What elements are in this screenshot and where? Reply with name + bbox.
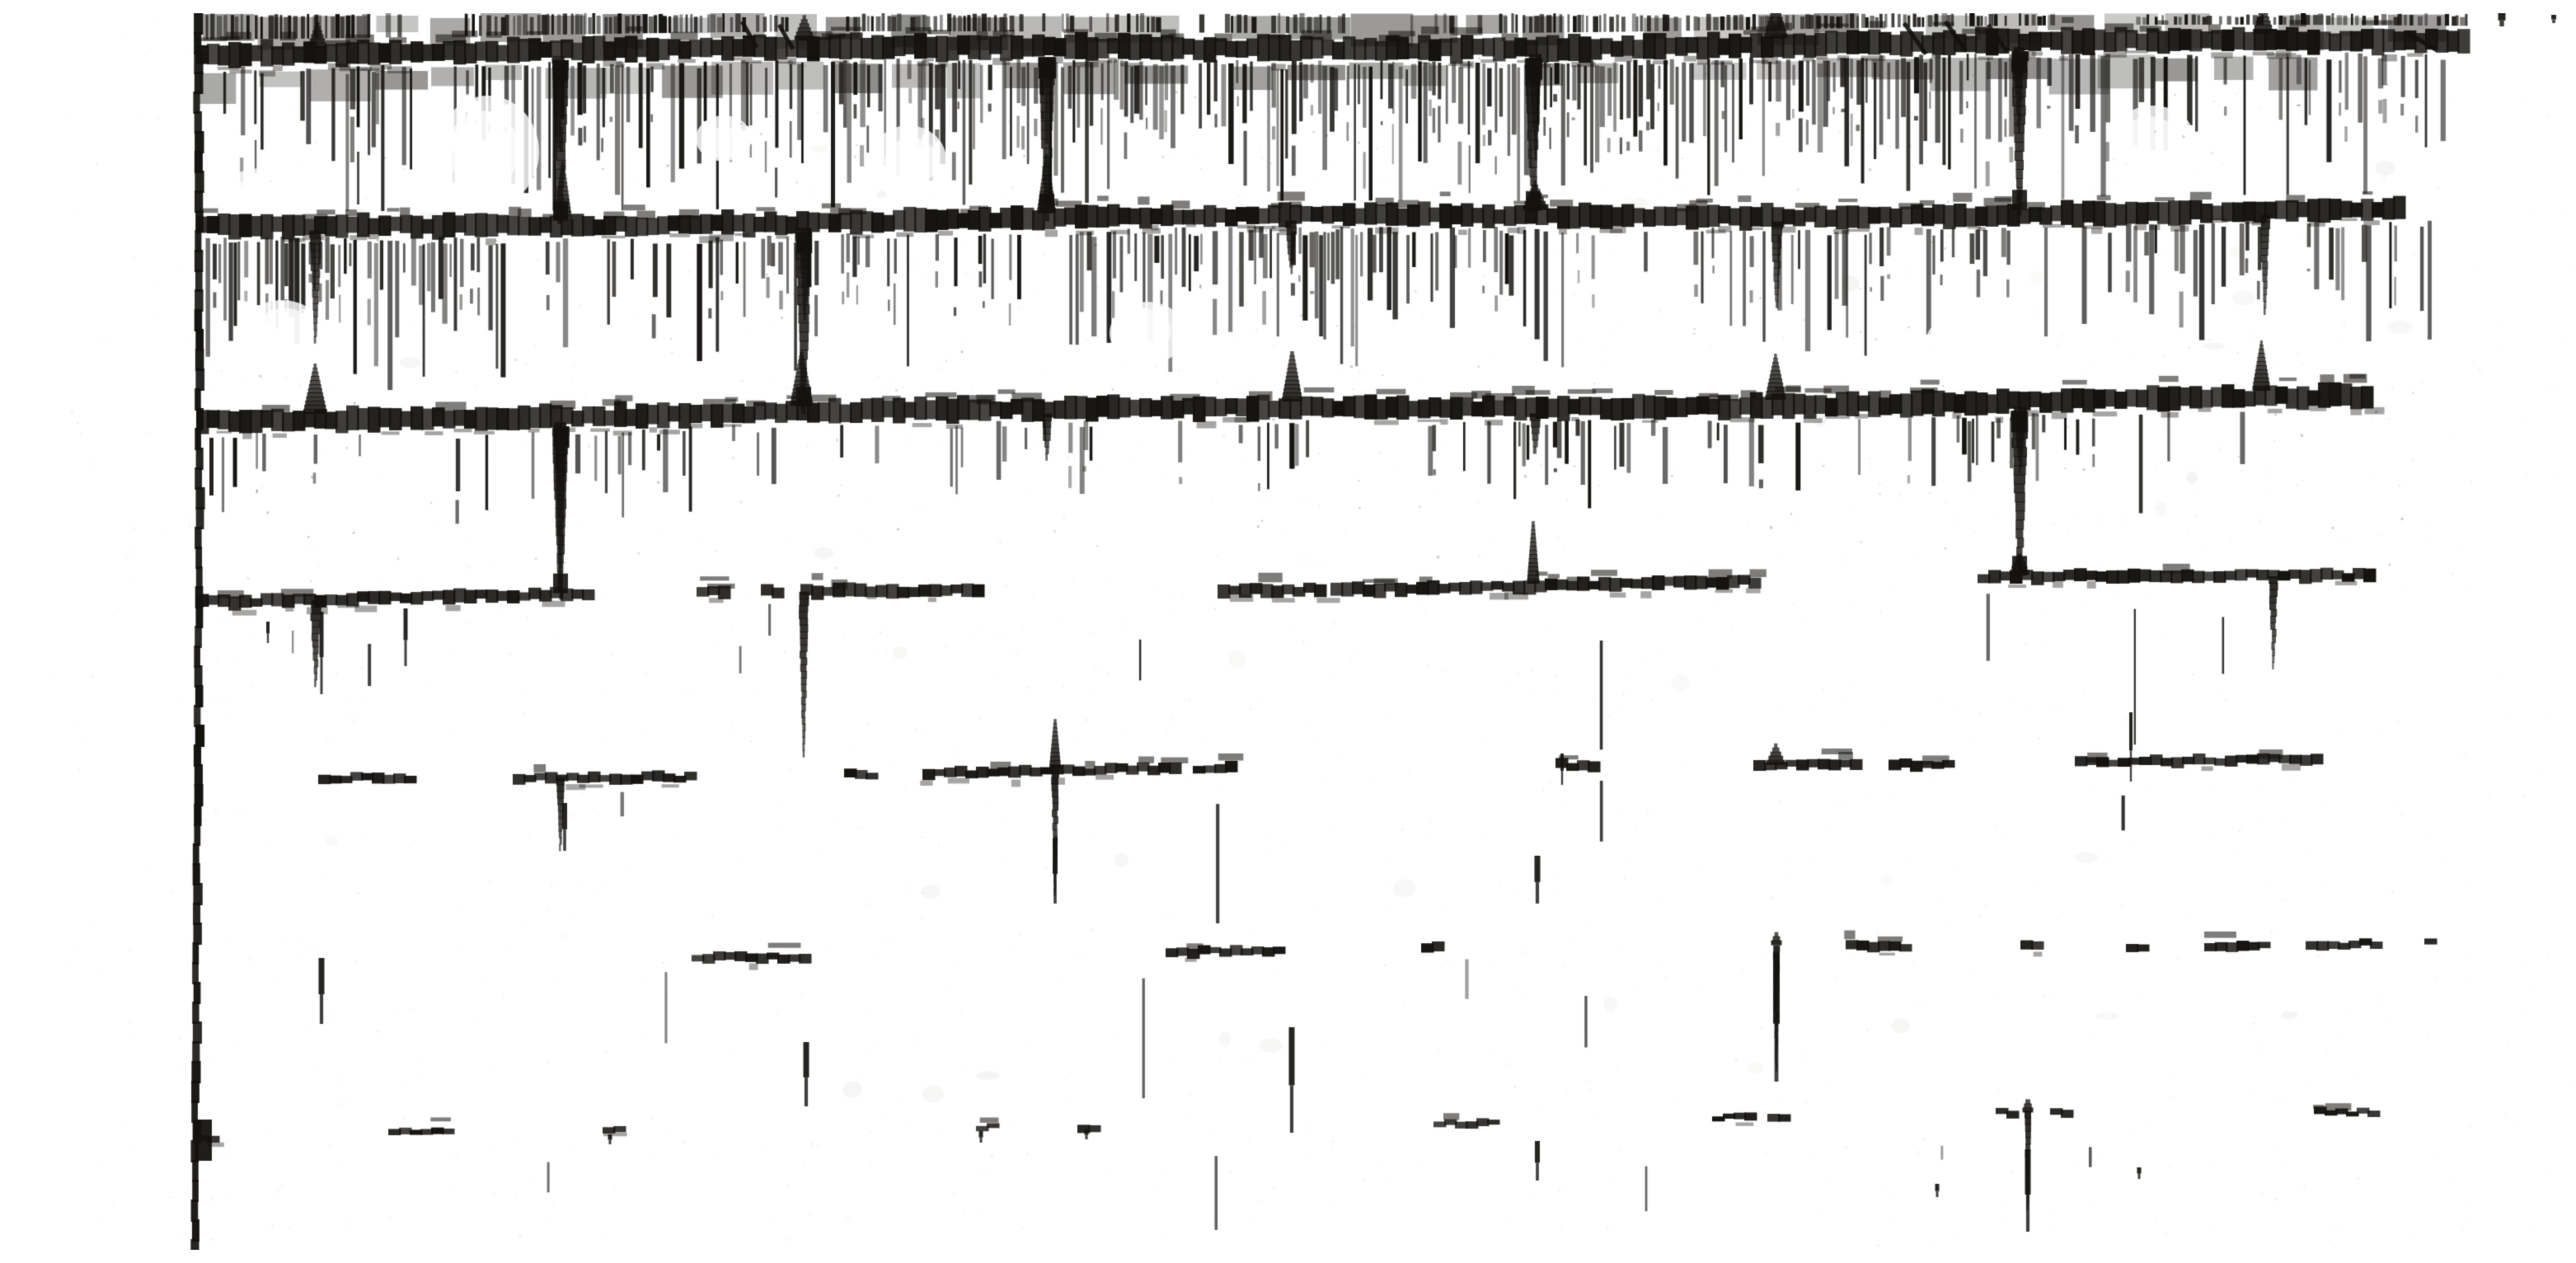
- brick-wall-illustration: [33, 13, 2576, 1250]
- woodcut-brick-wall-figure: [33, 13, 2576, 1250]
